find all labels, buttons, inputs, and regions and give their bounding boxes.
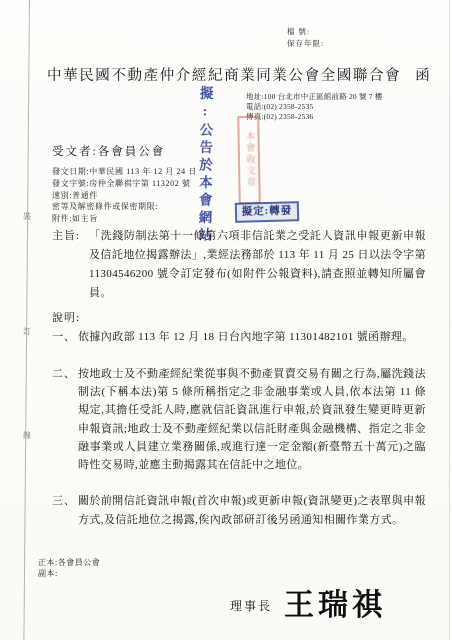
retention-period-label: 保存年限: xyxy=(287,38,324,50)
explanation-item-2: 二、 按地政士及不動產經紀業從事與不動產買賣交易有關之行為,屬洗錢法制法(下稱本… xyxy=(52,365,426,474)
red-receipt-stamp-text: 本會收文章 xyxy=(241,131,256,189)
original-recipient-line: 正本:各會員公會 xyxy=(38,557,100,568)
item-number: 三、 xyxy=(52,492,78,511)
binding-line xyxy=(23,0,30,640)
item-text: 關於前開信託資訊申報(首次申報)或更新申報(資訊變更)之表單與申報方式,及信託地… xyxy=(78,492,426,529)
item-number: 二、 xyxy=(52,365,78,383)
doc-type-letter: 函 xyxy=(415,68,430,84)
binding-mark-xian: 線 xyxy=(23,430,31,441)
explanation-label: 說明: xyxy=(52,309,80,325)
org-contact-block: 地址:100 台北市中正區館前路 20 號 7 樓 電話:(02) 2358-2… xyxy=(246,92,382,122)
binding-mark-ding: 訂 xyxy=(23,326,31,337)
org-address: 地址:100 台北市中正區館前路 20 號 7 樓 xyxy=(246,92,382,102)
copies-block: 正本:各會員公會 副本: xyxy=(38,557,100,579)
security-class-line: 密等及解密條件或保密期限: xyxy=(52,201,197,213)
document-meta-block: 發文日期:中華民國 113 年 12 月 24 日 發文字號:房仲全聯祺字第 1… xyxy=(52,166,197,225)
scanned-official-letter: 裝 訂 線 檔 號: 保存年限: 中華民國不動產仲介經紀商業同業公會全國聯合會函… xyxy=(0,0,452,640)
file-info-box: 檔 號: 保存年限: xyxy=(287,26,324,49)
org-tel: 電話:(02) 2358-2535 xyxy=(246,102,382,112)
red-receipt-stamp: 本會收文章 xyxy=(237,116,261,204)
issue-date-line: 發文日期:中華民國 113 年 12 月 24 日 xyxy=(52,166,197,178)
subject-text: 「洗錢防制法第十一條第六項非信託業之受託人資訊申報更新申報及信託地位揭露辦法」,… xyxy=(89,227,426,303)
scan-edge-shadow xyxy=(449,0,450,640)
item-text: 按地政士及不動產經紀業從事與不動產買賣交易有關之行為,屬洗錢法制法(下稱本法)第… xyxy=(78,365,426,474)
explanation-item-3: 三、 關於前開信託資訊申報(首次申報)或更新申報(資訊變更)之表單與申報方式,及… xyxy=(52,492,426,529)
binding-mark-zhuang: 裝 xyxy=(23,211,31,222)
document-title-row: 中華民國不動產仲介經紀商業同業公會全國聯合會函 xyxy=(47,64,430,85)
subject-block: 主旨: 「洗錢防制法第十一條第六項非信託業之受託人資訊申報更新申報及信託地位揭露… xyxy=(52,227,426,303)
org-fax: 傳真:(02) 2358-2536 xyxy=(246,112,382,122)
issuing-org-title: 中華民國不動產仲介經紀商業同業公會全國聯合會 xyxy=(47,68,401,84)
file-number-label: 檔 號: xyxy=(287,26,324,38)
item-number: 一、 xyxy=(52,328,78,347)
explanation-item-1: 一、 依據內政部 113 年 12 月 18 日台內地字第 1130148210… xyxy=(52,328,426,347)
signer-name: 王瑞祺 xyxy=(284,580,386,624)
subject-label: 主旨: xyxy=(52,227,89,246)
copy-recipient-line: 副本: xyxy=(38,568,100,579)
recipient-line: 受文者:各會員公會 xyxy=(52,143,165,159)
doc-number-line: 發文字號:房仲全聯祺字第 113202 號 xyxy=(52,178,197,190)
attachment-line: 附件:如主旨 xyxy=(52,213,197,225)
speed-class-line: 速別:普通件 xyxy=(52,190,197,202)
blue-decision-stamp: 擬定:轉發 xyxy=(235,201,300,223)
item-text: 依據內政部 113 年 12 月 18 日台內地字第 11301482101 號… xyxy=(78,328,426,347)
signer-title: 理事長 xyxy=(230,597,272,614)
